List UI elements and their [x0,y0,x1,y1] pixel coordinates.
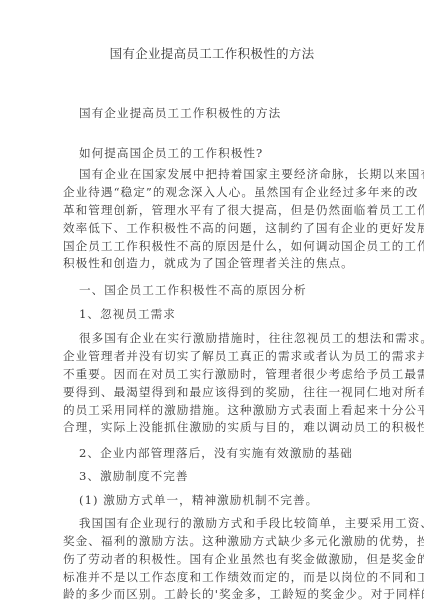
subsection-heading-2: 2、企业内部管理落后，没有实施有效激励的基础 [79,446,353,460]
question-heading: 如何提高国企员工的工作积极性? [79,146,263,160]
paragraph-line: 要得到、最渴望得到和最应该得到的奖励，往往一视同仁地对所有 [63,385,424,399]
document-title: 国有企业提高员工工作积极性的方法 [0,44,424,62]
paragraph-line: 伤了劳动者的积极性。国有企业虽然也有奖金做激励，但是奖金的 [63,552,424,566]
paragraph-line: 积极性和创造力，就成为了国企管理者关注的焦点。 [63,256,354,270]
paragraph-line: 奖金、福利的激励方法。这种激励方式缺少多元化激励的优势，挫 [63,534,424,548]
section-heading-1: 一、国企员工工作积极性不高的原因分析 [79,283,307,297]
paragraph-line: 企业管理者并没有切实了解员工真正的需求或者认为员工的需求并 [63,349,424,363]
document-subtitle: 国有企业提高员工工作积极性的方法 [79,106,281,120]
paragraph-line: 效率低下、工作积极性不高的问题，这制约了国有企业的更好发展 [63,221,424,235]
list-item-1: (1) 激励方式单一，精神激励机制不完善。 [79,493,318,507]
paragraph-line: 我国国有企业现行的激励方式和手段比较简单，主要采用工资、 [79,516,424,530]
paragraph-line: 合理，实际上没能抓住激励的实质与目的，难以调动员工的积极性 [63,420,424,434]
paragraph-line: 很多国有企业在实行激励措施时，往往忽视员工的想法和需求。 [79,331,424,345]
paragraph-line: 标准并不是以工作态度和工作绩效而定的，而是以岗位的不同和工 [63,570,424,584]
subsection-heading-1: 1、忽视员工需求 [79,307,176,321]
paragraph-line: 的员工采用同样的激励措施。这种激励方式表面上看起来十分公平 [63,403,424,417]
subsection-heading-3: 3、激励制度不完善 [79,469,189,483]
paragraph-line: 不重要。因而在对员工实行激励时，管理者很少考虑给予员工最需 [63,367,424,381]
document-page: 国有企业提高员工工作积极性的方法 国有企业提高员工工作积极性的方法 如何提高国企… [0,0,424,600]
paragraph-line: 国有企业在国家发展中把持着国家主要经济命脉，长期以来国有 [79,167,424,181]
paragraph-line: 国企员工工作积极性不高的原因是什么，如何调动国企员工的工作 [63,239,424,253]
paragraph-line: 企业待遇“稳定”的观念深入人心。虽然国有企业经过多年来的改 [63,185,418,199]
paragraph-line: 龄的多少而区别。工龄长的'奖金多，工龄短的奖金少。对于同样的 [63,587,424,600]
paragraph-line: 革和管理创新，管理水平有了很大提高，但是仍然面临着员工工作 [63,203,424,217]
